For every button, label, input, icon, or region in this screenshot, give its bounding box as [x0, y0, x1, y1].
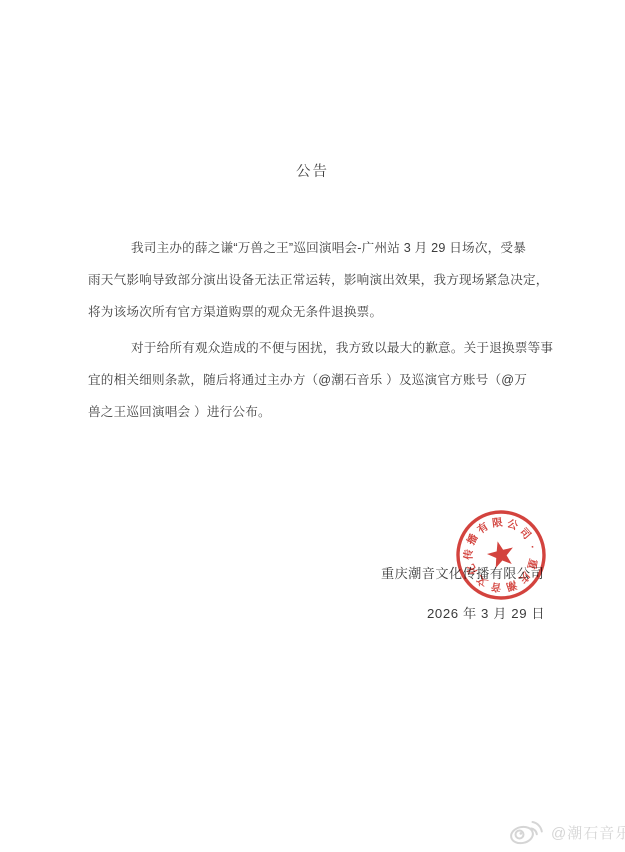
seal-star-icon: [485, 538, 517, 569]
paragraph-line: 对于给所有观众造成的不便与困扰，我方致以最大的歉意。关于退换票等事: [88, 332, 558, 364]
weibo-icon: [508, 818, 544, 846]
svg-text:传: 传: [462, 549, 475, 561]
paragraph-line: 将为该场次所有官方渠道购票的观众无条件退换票。: [88, 296, 558, 328]
svg-text:限: 限: [491, 516, 503, 530]
svg-text:司: 司: [517, 525, 534, 541]
paragraph-line: 我司主办的薛之谦“万兽之王”巡回演唱会-广州站 3 月 29 日场次，受暴: [88, 232, 558, 264]
svg-text:有: 有: [475, 519, 491, 536]
company-seal-stamp-icon: 重庆潮音文化传播有限公司·: [441, 495, 561, 615]
watermark: @潮石音乐: [508, 818, 625, 846]
paragraph-line: 宜的相关细则条款，随后将通过主办方（@潮石音乐 ）及巡演官方账号（@万: [88, 364, 558, 396]
svg-text:播: 播: [464, 531, 481, 547]
svg-text:重: 重: [524, 557, 540, 571]
svg-text:公: 公: [505, 518, 520, 533]
svg-text:音: 音: [490, 580, 503, 594]
paragraph-2: 对于给所有观众造成的不便与困扰，我方致以最大的歉意。关于退换票等事 宜的相关细则…: [88, 332, 558, 428]
announcement-page: 公告 我司主办的薛之谦“万兽之王”巡回演唱会-广州站 3 月 29 日场次，受暴…: [0, 0, 625, 852]
paragraph-line: 雨天气影响导致部分演出设备无法正常运转，影响演出效果，我方现场紧急决定，: [88, 264, 558, 296]
paragraph-line: 兽之王巡回演唱会 ）进行公布。: [88, 396, 558, 428]
svg-text:化: 化: [464, 561, 481, 578]
document-title: 公告: [0, 160, 625, 181]
svg-text:·: ·: [526, 544, 538, 550]
svg-text:文: 文: [473, 573, 490, 590]
watermark-handle: @潮石音乐: [551, 822, 625, 843]
svg-text:潮: 潮: [504, 578, 520, 594]
paragraph-1: 我司主办的薛之谦“万兽之王”巡回演唱会-广州站 3 月 29 日场次，受暴 雨天…: [88, 232, 558, 328]
svg-text:庆: 庆: [516, 569, 533, 586]
